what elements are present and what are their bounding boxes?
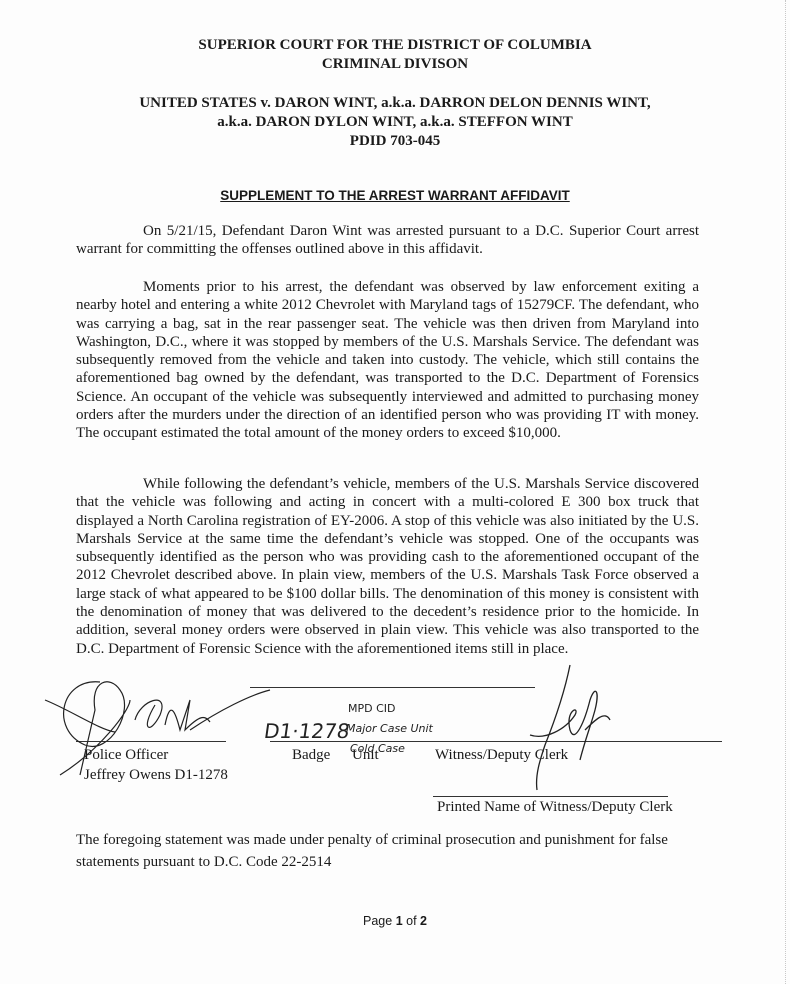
scan-edge — [784, 0, 786, 984]
page-number: Page 1 of 2 — [0, 914, 790, 928]
paragraph-3: While following the defendant’s vehicle,… — [76, 475, 699, 658]
printed-name-line — [433, 796, 668, 797]
case-caption-line1: UNITED STATES v. DARON WINT, a.k.a. DARR… — [60, 94, 730, 113]
svg-text:D1·1278: D1·1278 — [263, 719, 352, 743]
officer-signature-icon — [40, 670, 270, 785]
svg-text:Major Case Unit: Major Case Unit — [346, 722, 434, 735]
printed-name-label: Printed Name of Witness/Deputy Clerk — [437, 798, 673, 816]
page-total: 2 — [420, 914, 427, 928]
penalty-statement: The foregoing statement was made under p… — [76, 829, 716, 873]
paragraph-2-text: Moments prior to his arrest, the defenda… — [76, 279, 699, 441]
paragraph-3-text: While following the defendant’s vehicle,… — [76, 476, 699, 657]
page-current: 1 — [396, 914, 403, 928]
division-name: CRIMINAL DIVISON — [0, 55, 790, 74]
badge-handwriting-icon: D1·1278 MPD CID Major Case Unit Cold Cas… — [270, 690, 470, 755]
svg-text:MPD CID: MPD CID — [348, 702, 396, 715]
signature-line-top — [250, 687, 535, 688]
document-title: SUPPLEMENT TO THE ARREST WARRANT AFFIDAV… — [0, 188, 790, 203]
witness-signature-icon — [525, 660, 615, 795]
svg-text:Cold Case: Cold Case — [350, 742, 405, 755]
page-of: of — [406, 914, 416, 928]
paragraph-1: On 5/21/15, Defendant Daron Wint was arr… — [76, 222, 699, 259]
pdid: PDID 703-045 — [60, 132, 730, 151]
paragraph-2: Moments prior to his arrest, the defenda… — [76, 278, 699, 443]
court-name: SUPERIOR COURT FOR THE DISTRICT OF COLUM… — [0, 36, 790, 55]
page-word: Page — [363, 914, 392, 928]
document-page: SUPERIOR COURT FOR THE DISTRICT OF COLUM… — [0, 0, 790, 984]
paragraph-1-text: On 5/21/15, Defendant Daron Wint was arr… — [76, 223, 699, 257]
case-caption-line2: a.k.a. DARON DYLON WINT, a.k.a. STEFFON … — [60, 113, 730, 132]
